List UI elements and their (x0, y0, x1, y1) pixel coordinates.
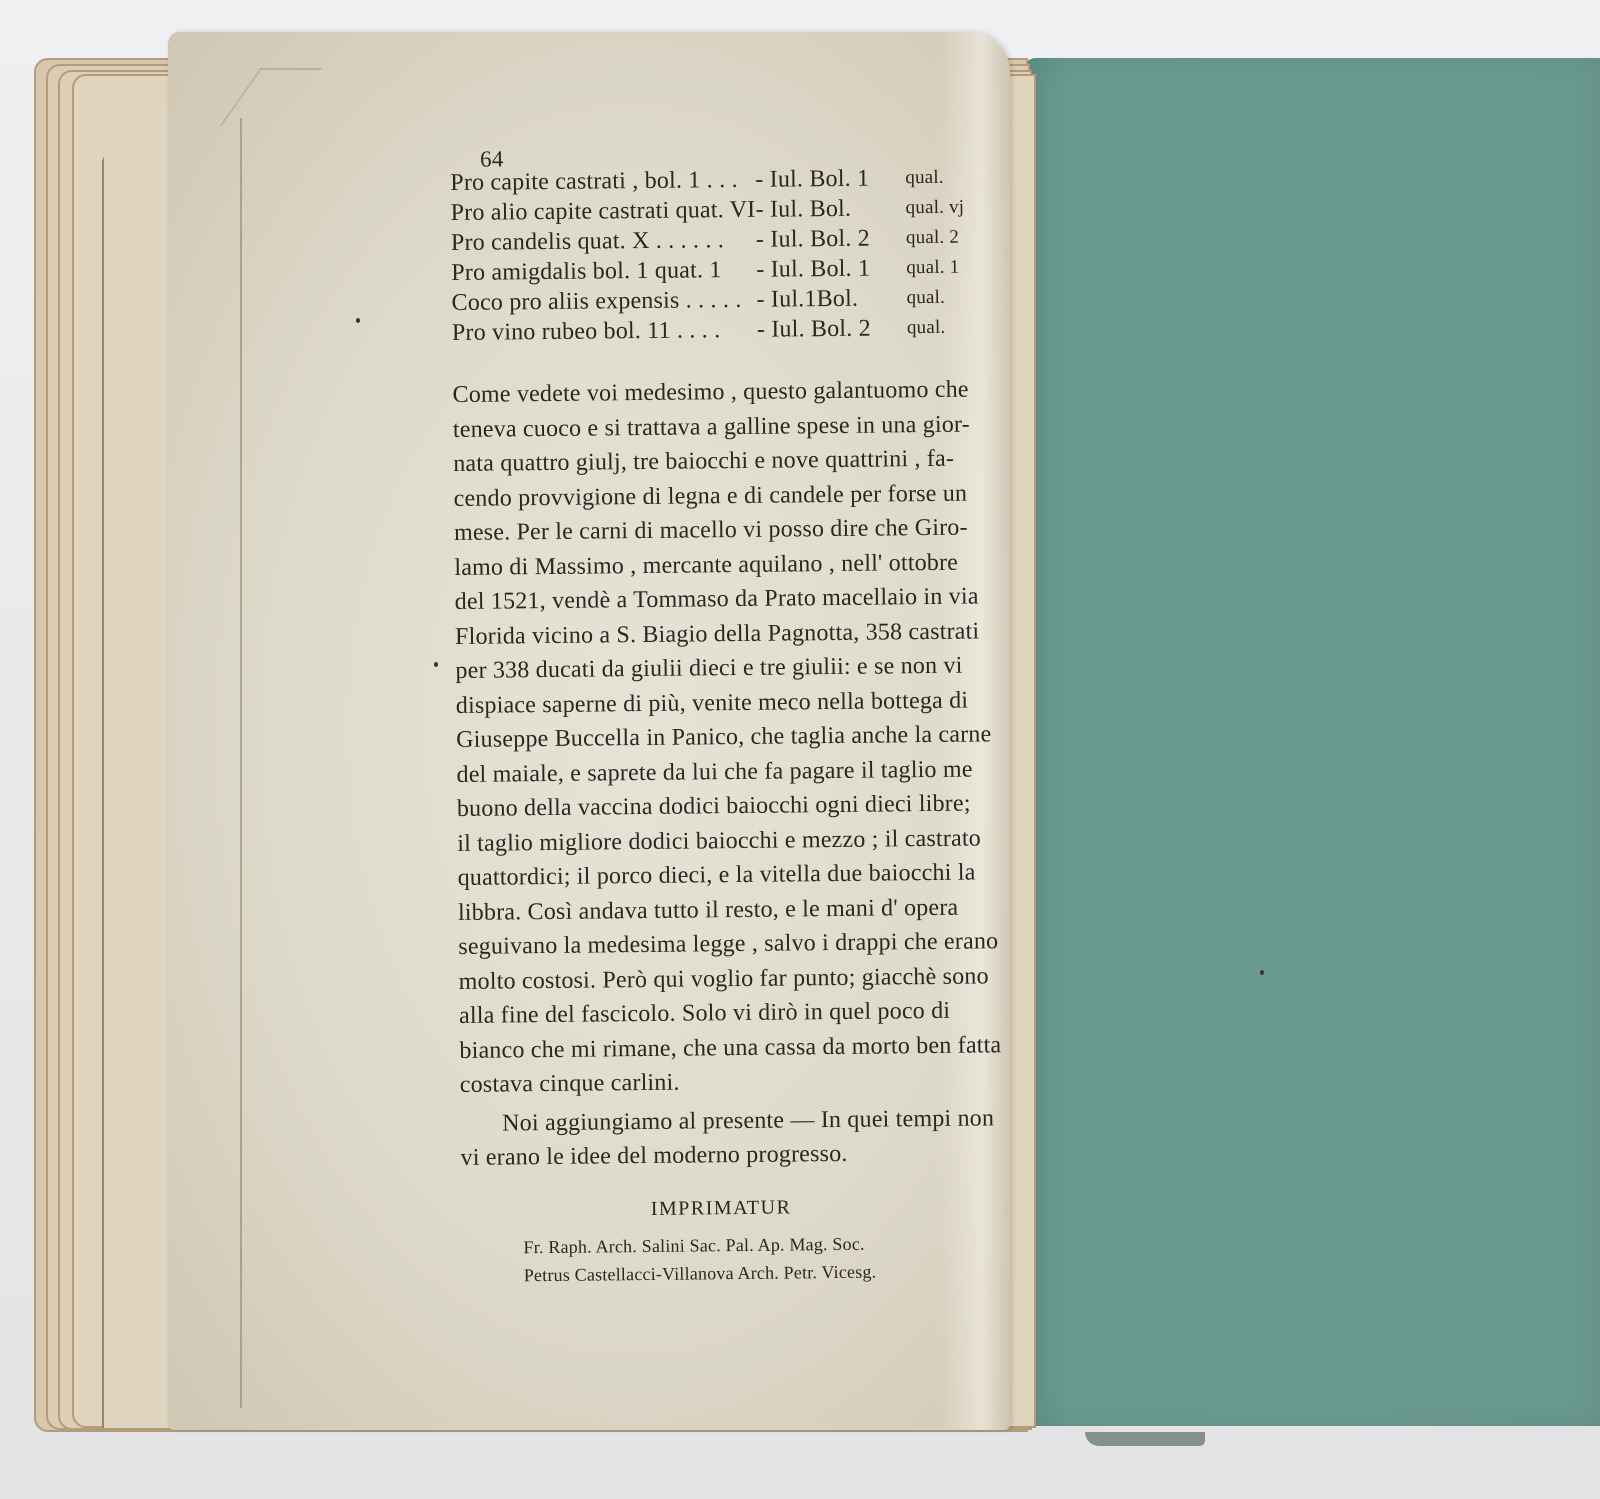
ledger-amount: - Iul. Bol. (755, 193, 905, 225)
text-line: alla fine del fascicolo. Solo vi dirò in… (459, 993, 1019, 1033)
text-line: buono della vaccina dodici baiocchi ogni… (457, 786, 1017, 826)
ink-speck (356, 318, 360, 323)
signature-line: Petrus Castellacci-Villanova Arch. Petr.… (524, 1256, 1022, 1289)
ledger-qual: qual. vj (905, 193, 964, 224)
text-line: mese. Per le carni di macello vi posso d… (454, 510, 1014, 550)
cover-torn-edge (1085, 1432, 1205, 1446)
ink-speck (1260, 970, 1264, 975)
ledger-item: Pro amigdalis bol. 1 quat. 1 (451, 255, 756, 288)
text-line: per 338 ducati da giulii dieci e tre giu… (455, 648, 1015, 688)
text-line: Noi aggiungiamo al presente — In quei te… (460, 1101, 1020, 1141)
text-line: libbra. Così andava tutto il resto, e le… (458, 890, 1018, 930)
imprimatur-signatures: Fr. Raph. Arch. Salini Sac. Pal. Ap. Mag… (461, 1228, 1022, 1290)
ledger-item: Pro capite castrati , bol. 1 . . . (450, 165, 755, 198)
text-line: Florida vicino a S. Biagio della Pagnott… (455, 614, 1015, 654)
ledger-amount: - Iul. Bol. 1 (756, 253, 906, 285)
ledger-qual: qual. 1 (906, 253, 959, 284)
text-line: Come vedete voi medesimo , questo galant… (452, 372, 1012, 412)
closing-paragraph: Noi aggiungiamo al presente — In quei te… (460, 1101, 1021, 1176)
text-line: seguivano la medesima legge , salvo i dr… (458, 924, 1018, 964)
ledger-qual: qual. (907, 313, 946, 343)
imprimatur-heading: IMPRIMATUR (461, 1188, 1021, 1228)
page-text-column: 64 Pro capite castrati , bol. 1 . . . - … (450, 144, 1022, 1290)
page-crease (240, 118, 242, 1408)
text-line: Giuseppe Buccella in Panico, che taglia … (456, 717, 1016, 757)
text-line: del 1521, vendè a Tommaso da Prato macel… (455, 579, 1015, 619)
text-line: lamo di Massimo , mercante aquilano , ne… (454, 545, 1014, 585)
ledger-qual: qual. 2 (906, 223, 959, 254)
ledger-item: Coco pro aliis expensis . . . . . (451, 285, 756, 318)
text-line: del maiale, e saprete da lui che fa paga… (456, 752, 1016, 792)
ledger-row: Pro vino rubeo bol. 11 . . . . - Iul. Bo… (452, 312, 1012, 348)
ledger-amount: - Iul. Bol. 1 (755, 163, 905, 195)
ledger-amount: - Iul. Bol. 2 (756, 223, 906, 255)
text-line: costava cinque carlini. (460, 1062, 1020, 1102)
text-line: cendo provvigione di legna e di candele … (453, 476, 1013, 516)
green-book-cover (1022, 58, 1600, 1426)
text-line: vi erano le idee del moderno progresso. (460, 1135, 1020, 1175)
text-line: dispiace saperne di più, venite meco nel… (456, 683, 1016, 723)
ledger-amount: - Iul.1Bol. (756, 283, 906, 315)
ink-speck (434, 662, 438, 667)
text-line: molto costosi. Però qui voglio far punto… (459, 959, 1019, 999)
text-line: il taglio migliore dodici baiocchi e mez… (457, 821, 1017, 861)
body-paragraph: Come vedete voi medesimo , questo galant… (452, 372, 1020, 1102)
ledger-item: Pro vino rubeo bol. 11 . . . . (452, 315, 757, 348)
expense-ledger: Pro capite castrati , bol. 1 . . . - Iul… (450, 162, 1012, 348)
text-line: nata quattro giulj, tre baiocchi e nove … (453, 441, 1013, 481)
ledger-item: Pro candelis quat. X . . . . . . (451, 225, 756, 258)
text-line: bianco che mi rimane, che una cassa da m… (459, 1028, 1019, 1068)
ledger-qual: qual. (905, 163, 944, 193)
ledger-item: Pro alio capite castrati quat. VI (451, 195, 756, 228)
ledger-qual: qual. (906, 283, 945, 313)
text-line: quattordici; il porco dieci, e la vitell… (457, 855, 1017, 895)
ledger-amount: - Iul. Bol. 2 (757, 313, 907, 345)
text-line: teneva cuoco e si trattava a galline spe… (453, 407, 1013, 447)
